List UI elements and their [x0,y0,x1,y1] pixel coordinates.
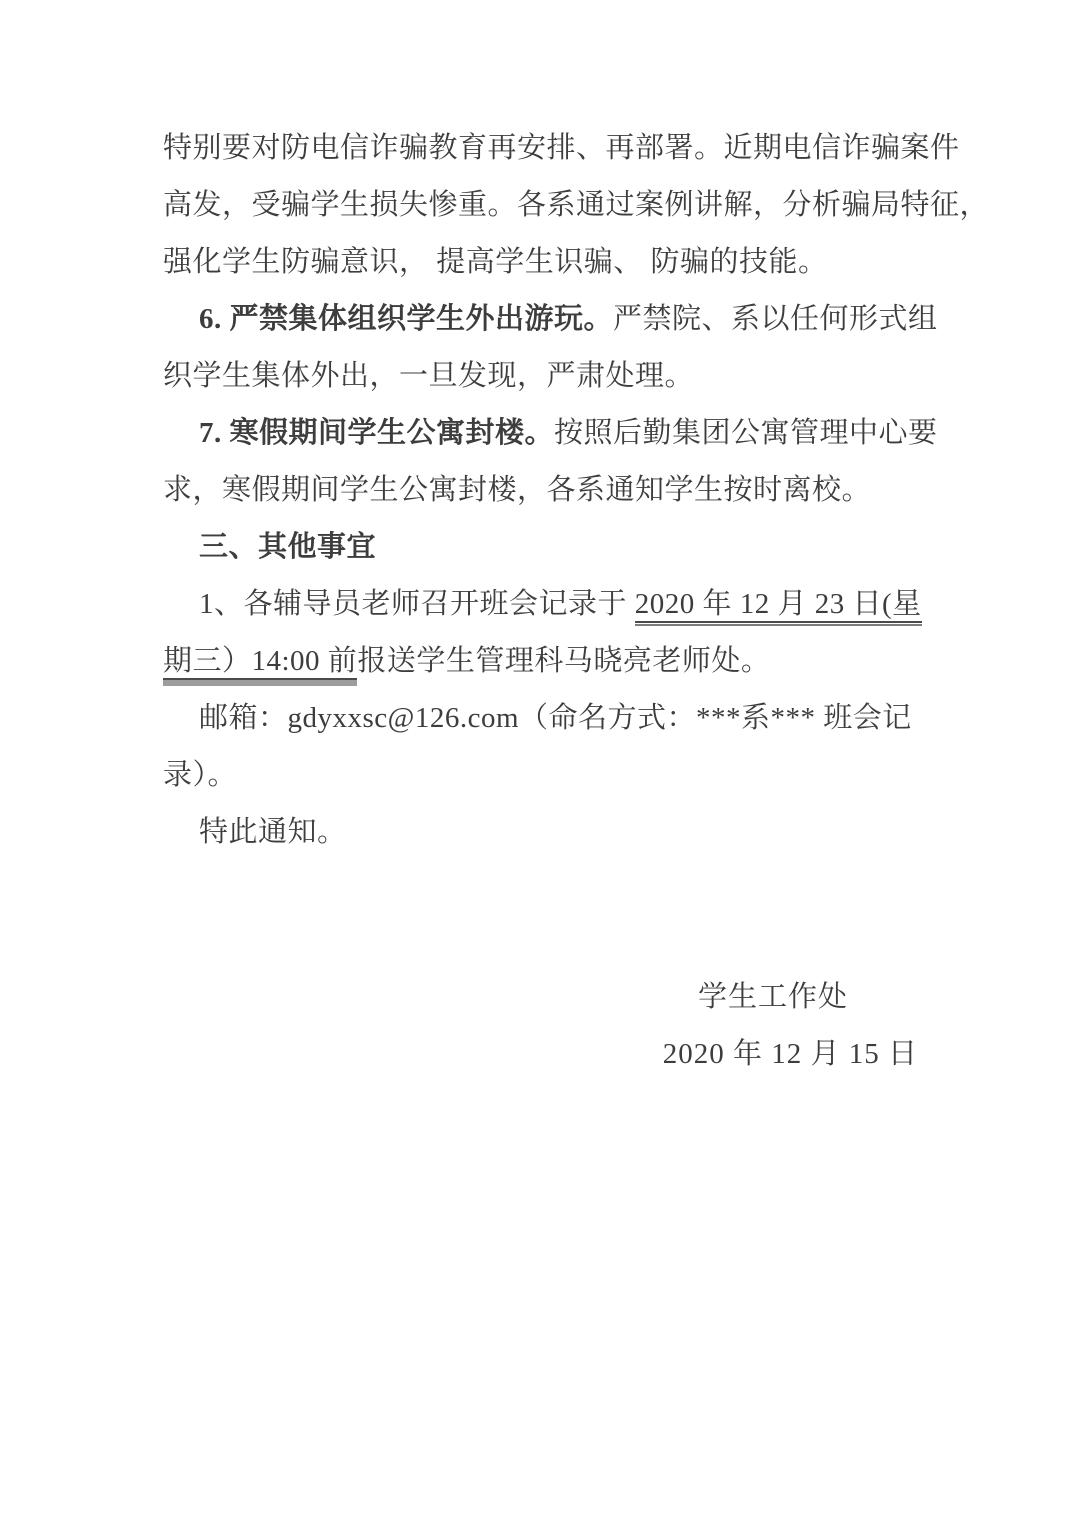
text-line: 1、各辅导员老师召开班会记录于 2020 年 12 月 23 日(星 [163,576,963,633]
body-text: 邮箱：gdyxxsc@126.com（命名方式：***系*** 班会记 [199,702,912,734]
signature-org: 学生工作处 [698,969,848,1026]
text-line: 高发，受骗学生损失惨重。各系通过案例讲解，分析骗局特征， [163,177,963,234]
text-line: 邮箱：gdyxxsc@126.com（命名方式：***系*** 班会记 [163,690,963,747]
document-body: 特别要对防电信诈骗教育再安排、再部署。近期电信诈骗案件高发，受骗学生损失惨重。各… [163,120,963,861]
body-text: 织学生集体外出，一旦发现，严肃处理。 [163,360,694,392]
bold-lead-text: 6. 严禁集体组织学生外出游玩。 [199,303,613,335]
text-line: 织学生集体外出，一旦发现，严肃处理。 [163,348,963,405]
text-line: 6. 严禁集体组织学生外出游玩。严禁院、系以任何形式组 [163,291,963,348]
text-line: 特此通知。 [163,804,963,861]
body-text: 严禁院、系以任何形式组 [613,303,938,335]
body-text: 求，寒假期间学生公寓封楼，各系通知学生按时离校。 [163,474,871,506]
signature-date: 2020 年 12 月 15 日 [663,1026,918,1083]
text-line: 期三）14:00 前报送学生管理科马晓亮老师处。 [163,633,963,690]
body-text: 报送学生管理科马晓亮老师处。 [357,645,770,677]
bold-lead-text: 三、其他事宜 [199,531,376,563]
text-line: 三、其他事宜 [163,519,963,576]
body-text: 高发，受骗学生损失惨重。各系通过案例讲解，分析骗局特征， [163,189,989,221]
body-text: 录）。 [163,759,237,791]
text-line: 求，寒假期间学生公寓封楼，各系通知学生按时离校。 [163,462,963,519]
body-text: 强化学生防骗意识， 提高学生识骗、 防骗的技能。 [163,246,828,278]
body-text: 特此通知。 [199,816,347,848]
underlined-text: 2020 年 12 月 23 日(星 [635,588,922,623]
underlined-text: 期三）14:00 前 [163,645,357,680]
text-line: 强化学生防骗意识， 提高学生识骗、 防骗的技能。 [163,234,963,291]
text-line: 7. 寒假期间学生公寓封楼。按照后勤集团公寓管理中心要 [163,405,963,462]
body-text: 1、各辅导员老师召开班会记录于 [199,588,635,620]
text-line: 录）。 [163,747,963,804]
document-page: 特别要对防电信诈骗教育再安排、再部署。近期电信诈骗案件高发，受骗学生损失惨重。各… [0,0,1080,1526]
body-text: 特别要对防电信诈骗教育再安排、再部署。近期电信诈骗案件 [163,132,960,164]
bold-lead-text: 7. 寒假期间学生公寓封楼。 [199,417,554,449]
body-text: 按照后勤集团公寓管理中心要 [554,417,938,449]
text-line: 特别要对防电信诈骗教育再安排、再部署。近期电信诈骗案件 [163,120,963,177]
